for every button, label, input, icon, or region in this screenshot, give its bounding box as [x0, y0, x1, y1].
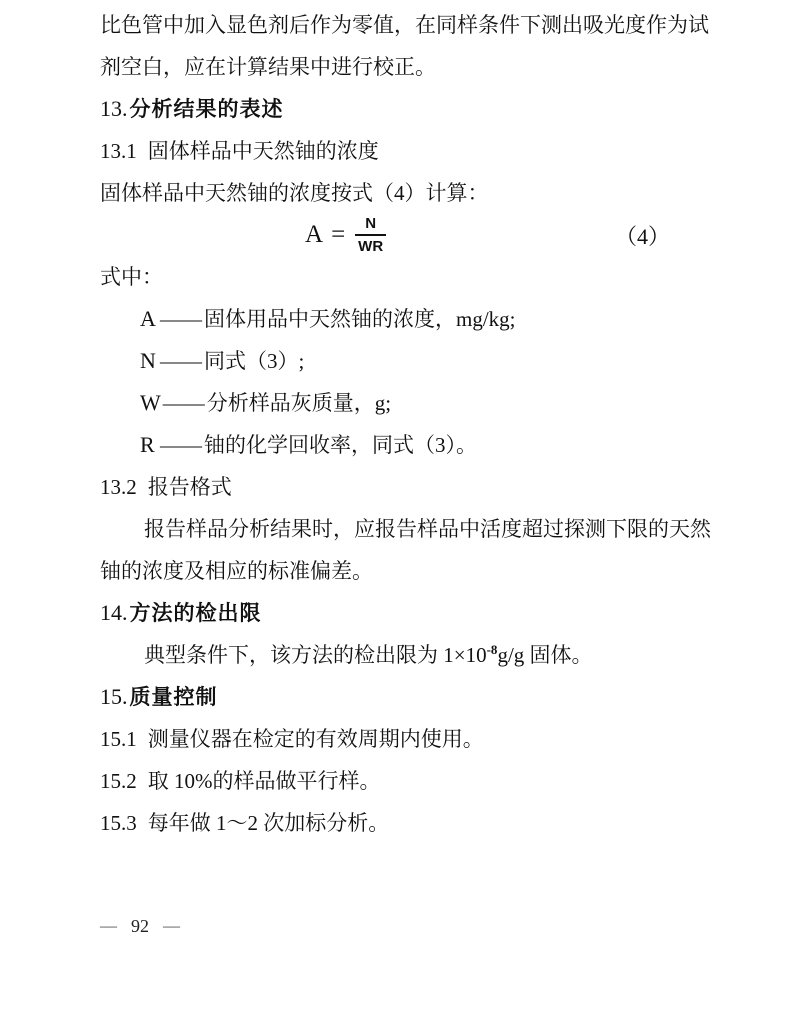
detection-limit-text-suffix: g/g 固体。: [497, 643, 592, 667]
subsection-13-1-title: 固体样品中天然铀的浓度: [148, 139, 379, 163]
section-14-body: 典型条件下，该方法的检出限为 1×10-8g/g 固体。: [100, 634, 700, 676]
definition-symbol: A: [140, 298, 158, 340]
formula-fraction: N WR: [355, 216, 386, 254]
formula-numerator: N: [359, 216, 382, 234]
footer-left-dash: —: [100, 916, 117, 936]
definition-text: 固体用品中天然铀的浓度，mg/kg;: [204, 307, 516, 331]
footer-right-dash: —: [163, 916, 180, 936]
formula-denominator: WR: [355, 234, 386, 254]
document-content: 比色管中加入显色剂后作为零值，在同样条件下测出吸光度作为试 剂空白，应在计算结果…: [100, 4, 700, 844]
detection-limit-exponent: -8: [487, 642, 498, 657]
subsection-15-3-text: 每年做 1～2 次加标分析。: [148, 811, 390, 835]
subsection-15-2: 15.2取 10%的样品做平行样。: [100, 760, 700, 802]
formula-equals-sign: =: [331, 221, 345, 249]
formula-lhs: A: [305, 221, 323, 249]
formula-definition-A: A——固体用品中天然铀的浓度，mg/kg;: [100, 298, 700, 340]
subsection-15-3: 15.3每年做 1～2 次加标分析。: [100, 802, 700, 844]
section-13-number: 13.: [100, 96, 128, 121]
formula-where-label: 式中：: [100, 256, 700, 298]
subsection-15-3-number: 15.3: [100, 811, 137, 835]
section-14-heading: 14.方法的检出限: [100, 592, 700, 634]
subsection-13-2-number: 13.2: [100, 475, 137, 499]
subsection-15-2-number: 15.2: [100, 769, 137, 793]
definition-symbol: N: [140, 340, 158, 382]
subsection-13-2-heading: 13.2报告格式: [100, 466, 700, 508]
subsection-13-1-number: 13.1: [100, 139, 137, 163]
footer-page-number: 92: [131, 916, 149, 937]
definition-dash: ——: [160, 433, 202, 457]
definition-text: 铀的化学回收率，同式（3）。: [204, 433, 477, 457]
section-15-title: 质量控制: [130, 686, 218, 709]
formula-equation-number: （4）: [615, 220, 670, 251]
subsection-13-2-body-line-1: 报告样品分析结果时，应报告样品中活度超过探测下限的天然: [100, 508, 700, 550]
definition-text: 同式（3）;: [204, 349, 304, 373]
definition-dash: ——: [163, 391, 205, 415]
subsection-13-2-body-line-2: 铀的浓度及相应的标准偏差。: [100, 550, 700, 592]
page-footer: — 92 —: [100, 912, 180, 940]
definition-text: 分析样品灰质量，g;: [207, 391, 391, 415]
formula-definition-W: W——分析样品灰质量，g;: [100, 382, 700, 424]
section-15-heading: 15.质量控制: [100, 676, 700, 718]
intro-paragraph-line-2: 剂空白，应在计算结果中进行校正。: [100, 46, 700, 88]
subsection-15-2-text: 取 10%的样品做平行样。: [148, 769, 381, 793]
definition-dash: ——: [160, 349, 202, 373]
definition-dash: ——: [160, 307, 202, 331]
definition-symbol: R: [140, 424, 158, 466]
detection-limit-text-prefix: 典型条件下，该方法的检出限为 1×10: [144, 643, 487, 667]
intro-paragraph-line-1: 比色管中加入显色剂后作为零值，在同样条件下测出吸光度作为试: [100, 4, 700, 46]
definition-symbol: W: [140, 382, 161, 424]
formula-definition-R: R——铀的化学回收率，同式（3）。: [100, 424, 700, 466]
section-13-title: 分析结果的表述: [130, 98, 284, 121]
subsection-13-1-heading: 13.1固体样品中天然铀的浓度: [100, 130, 700, 172]
section-15-number: 15.: [100, 684, 128, 709]
section-14-number: 14.: [100, 600, 128, 625]
subsection-13-1-body: 固体样品中天然铀的浓度按式（4）计算：: [100, 172, 700, 214]
subsection-15-1-text: 测量仪器在检定的有效周期内使用。: [148, 727, 484, 751]
section-14-title: 方法的检出限: [130, 602, 262, 625]
section-13-heading: 13.分析结果的表述: [100, 88, 700, 130]
subsection-13-2-title: 报告格式: [148, 475, 232, 499]
formula-4: A = N WR （4）: [100, 214, 700, 256]
subsection-15-1-number: 15.1: [100, 727, 137, 751]
document-page: 比色管中加入显色剂后作为零值，在同样条件下测出吸光度作为试 剂空白，应在计算结果…: [0, 0, 800, 1009]
formula-definition-N: N——同式（3）;: [100, 340, 700, 382]
subsection-15-1: 15.1测量仪器在检定的有效周期内使用。: [100, 718, 700, 760]
